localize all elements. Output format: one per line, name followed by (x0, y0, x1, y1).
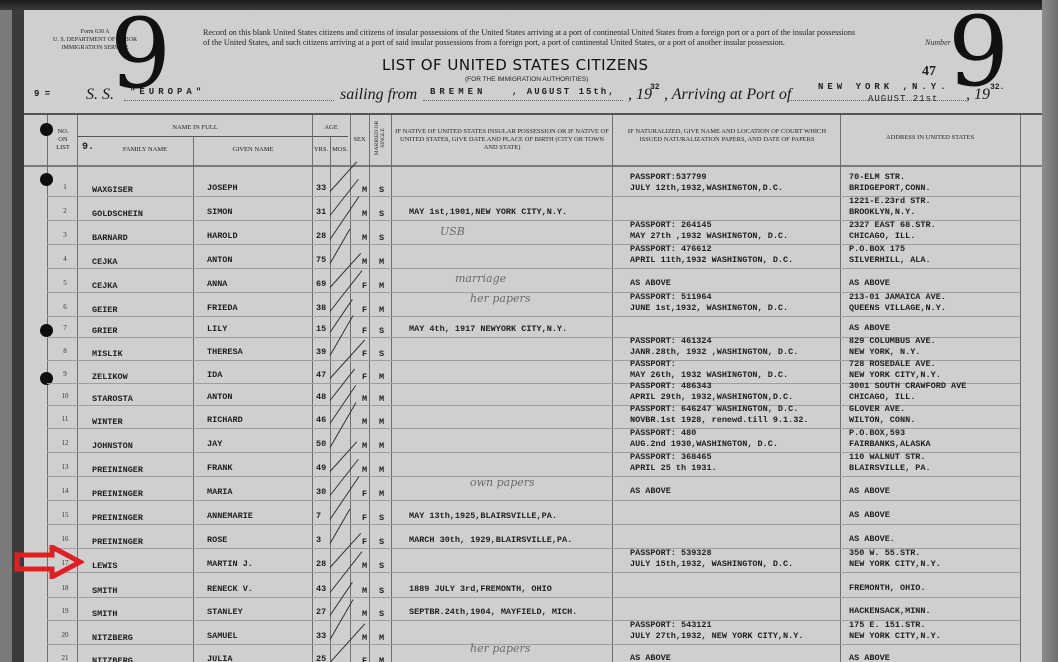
marital-status: S (379, 326, 384, 336)
voyage-prefix: 9 = (34, 89, 50, 99)
address-line: HACKENSACK,MINN. (849, 606, 931, 616)
given-name: MARIA (207, 487, 233, 497)
form-instructions: Record on this blank United States citiz… (203, 28, 863, 48)
marital-status: M (379, 257, 384, 267)
naturalization-line: JULY 15th,1932, WASHINGTON, D.C. (630, 559, 793, 569)
given-name: STANLEY (207, 607, 243, 617)
sex: F (362, 326, 367, 336)
year-label-1: , 19 (628, 86, 652, 104)
sex: F (362, 656, 367, 662)
sex: F (362, 513, 367, 523)
col-line (391, 115, 392, 662)
address-line: BROOKLYN,N.Y. (849, 207, 915, 217)
naturalization-line: AS ABOVE (630, 278, 671, 288)
col-name-in-full: Name in Full (78, 124, 312, 132)
address-line: AS ABOVE. (849, 534, 895, 544)
sex: F (362, 349, 367, 359)
punch-hole (40, 173, 53, 186)
address-line: AS ABOVE (849, 323, 890, 333)
address-line: BLAIRSVILLE, PA. (849, 463, 931, 473)
family-name: WINTER (92, 417, 123, 427)
list-number: 47 (922, 64, 936, 80)
family-name: NITZBERG (92, 633, 133, 643)
arrow-right-icon (14, 545, 84, 579)
given-name: SIMON (207, 207, 233, 217)
family-name: MISLIK (92, 349, 123, 359)
naturalization-line: AUG.2nd 1930,WASHINGTON, D.C. (630, 439, 778, 449)
given-name: ANNA (207, 279, 227, 289)
address-line: AS ABOVE (849, 653, 890, 662)
col-line (47, 115, 48, 662)
col-line (612, 115, 613, 662)
birth-info: MAY 4th, 1917 NEWYORK CITY,N.Y. (409, 324, 567, 334)
row-line (47, 316, 1020, 317)
naturalization-line: PASSPORT: 476612 (630, 244, 712, 254)
address-line: NEW YORK CITY,N.Y. (849, 631, 941, 641)
family-name: PREININGER (92, 489, 143, 499)
row-number: 16 (55, 535, 75, 543)
name-age-divider (78, 136, 348, 137)
departure-date: , AUGUST 15th, (512, 87, 616, 97)
address-line: 3001 SOUTH CRAWFORD AVE (849, 381, 966, 391)
marital-status: S (379, 185, 384, 195)
col-family-name: Family Name (100, 146, 190, 154)
family-name: ZELIKOW (92, 372, 128, 382)
row-number: 12 (55, 439, 75, 447)
naturalization-line: PASSPORT: 646247 WASHINGTON, D.C. (630, 404, 798, 414)
naturalization-line: PASSPORT: 368465 (630, 452, 712, 462)
birth-info: SEPTBR.24th,1904, MAYFIELD, MICH. (409, 607, 577, 617)
page-title: LIST OF UNITED STATES CITIZENS (382, 56, 649, 74)
birth-info: MAY 1st,1901,NEW YORK CITY,N.Y. (409, 207, 567, 217)
row-number: 6 (55, 303, 75, 311)
address-line: P.O.BOX,593 (849, 428, 905, 438)
birth-info: 1889 JULY 3rd,FREMONTH, OHIO (409, 584, 552, 594)
address-line: QUEENS VILLAGE,N.Y. (849, 303, 946, 313)
age-years: 30 (316, 487, 326, 497)
row-number: 11 (55, 415, 75, 423)
sex: M (362, 586, 367, 596)
marital-status: M (379, 656, 384, 662)
row-number: 10 (55, 392, 75, 400)
col-line (1020, 115, 1021, 662)
address-line: SILVERHILL, ALA. (849, 255, 931, 265)
sex: F (362, 489, 367, 499)
col-yrs: Yrs. (312, 146, 330, 154)
marital-status: S (379, 537, 384, 547)
naturalization-line: MAY 26th, 1932 WASHINGTON, D.C. (630, 370, 788, 380)
family-name: PREININGER (92, 465, 143, 475)
given-name: JULIA (207, 654, 233, 662)
row-number: 15 (55, 511, 75, 519)
age-years: 28 (316, 231, 326, 241)
family-name: LEWIS (92, 561, 118, 571)
naturalization-line: PASSPORT: 543121 (630, 620, 712, 630)
birth-info: MARCH 30th, 1929,BLAIRSVILLE,PA. (409, 535, 572, 545)
address-line: FAIRBANKS,ALASKA (849, 439, 931, 449)
col-age: Age (312, 124, 350, 132)
address-line: 2327 EAST 68.STR. (849, 220, 936, 230)
marital-status: M (379, 417, 384, 427)
family-name: SMITH (92, 609, 118, 619)
address-line: CHICAGO, ILL. (849, 231, 915, 241)
address-line: 110 WALNUT STR. (849, 452, 926, 462)
row-line (47, 572, 1020, 573)
sex: M (362, 394, 367, 404)
row-number: 4 (55, 255, 75, 263)
sex: M (362, 233, 367, 243)
col-line (193, 136, 194, 662)
row-number: 8 (55, 347, 75, 355)
naturalization-line: APRIL 29th, 1932,WASHINGTON,D.C. (630, 392, 793, 402)
sex: M (362, 561, 367, 571)
family-name: BARNARD (92, 233, 128, 243)
row-line (47, 644, 1020, 645)
given-name: SAMUEL (207, 631, 238, 641)
address-line: NEW YORK, N.Y. (849, 347, 920, 357)
naturalization-line: PASSPORT: 511964 (630, 292, 712, 302)
family-name: WAXGISER (92, 185, 133, 195)
address-line: NEW YORK CITY,N.Y. (849, 370, 941, 380)
marital-status: M (379, 281, 384, 291)
year-label-2: , 19 (966, 86, 990, 104)
given-name: LILY (207, 324, 227, 334)
col-line (312, 115, 313, 662)
naturalization-line: PASSPORT: 486343 (630, 381, 712, 391)
handwritten-note: her papers (470, 292, 530, 305)
naturalization-line: PASSPORT: 461324 (630, 336, 712, 346)
address-line: AS ABOVE (849, 486, 890, 496)
naturalization-line: JULY 12th,1932,WASHINGTON,D.C. (630, 183, 783, 193)
scan-edge-left (0, 0, 12, 662)
family-name: SMITH (92, 586, 118, 596)
marital-status: S (379, 609, 384, 619)
address-line: 70-ELM STR. (849, 172, 905, 182)
naturalization-line: NOVBR.1st 1928, renewd.till 9.1.32. (630, 415, 809, 425)
marital-status: M (379, 394, 384, 404)
row-number: 3 (55, 231, 75, 239)
col-line (840, 115, 841, 662)
number-label: Number (925, 38, 951, 47)
age-years: 47 (316, 370, 326, 380)
given-name: HAROLD (207, 231, 238, 241)
punch-hole (40, 324, 53, 337)
marital-status: M (379, 633, 384, 643)
age-years: 28 (316, 559, 326, 569)
marital-status: M (379, 372, 384, 382)
sex: M (362, 441, 367, 451)
marital-status: M (379, 489, 384, 499)
age-years: 27 (316, 607, 326, 617)
row-number: 7 (55, 324, 75, 332)
col-address: Address in United States (842, 134, 1018, 142)
row-number: 13 (55, 463, 75, 471)
row-number: 19 (55, 607, 75, 615)
address-line: 175 E. 151.STR. (849, 620, 926, 630)
naturalization-line: JUNE 1st,1932, WASHINGTON, D.C. (630, 303, 788, 313)
handwritten-note: her papers (470, 642, 530, 655)
given-name: FRIEDA (207, 303, 238, 313)
marital-status: S (379, 349, 384, 359)
header-bottom-rule (24, 165, 1042, 167)
row-line (47, 268, 1020, 269)
given-name: ANNEMARIE (207, 511, 253, 521)
address-line: AS ABOVE (849, 510, 890, 520)
age-years: 43 (316, 584, 326, 594)
age-years: 48 (316, 392, 326, 402)
sex: F (362, 372, 367, 382)
naturalization-line: JANR.28th, 1932 ,WASHINGTON, D.C. (630, 347, 798, 357)
age-years: 75 (316, 255, 326, 265)
age-years: 46 (316, 415, 326, 425)
marital-status: S (379, 233, 384, 243)
header-rule (24, 113, 1042, 115)
row-number: 2 (55, 207, 75, 215)
row-line (47, 524, 1020, 525)
arriving-label: , Arriving at Port of (664, 86, 791, 104)
address-line: 1221-E.23rd STR. (849, 196, 931, 206)
sex: M (362, 257, 367, 267)
family-name: GEIER (92, 305, 118, 315)
address-line: 350 W. 55.STR. (849, 548, 920, 558)
arrival-port: NEW YORK ,N.Y. (818, 82, 950, 92)
naturalization-line: AS ABOVE (630, 486, 671, 496)
age-years: 69 (316, 279, 326, 289)
family-prefix: 9. (82, 144, 94, 152)
address-line: 829 COLUMBUS AVE. (849, 336, 936, 346)
marital-status: S (379, 513, 384, 523)
marital-status: S (379, 586, 384, 596)
sailing-label: sailing from (340, 86, 417, 104)
col-given-name: Given Name (194, 146, 312, 154)
naturalization-line: PASSPORT: 264145 (630, 220, 712, 230)
ship-name: "EUROPA" (130, 87, 205, 97)
family-name: PREININGER (92, 513, 143, 523)
row-line (47, 597, 1020, 598)
given-name: JOSEPH (207, 183, 238, 193)
address-line: NEW YORK CITY,N.Y. (849, 559, 941, 569)
naturalization-line: PASSPORT: 480 (630, 428, 696, 438)
sex: M (362, 609, 367, 619)
given-name: ANTON (207, 392, 233, 402)
naturalization-line: AS ABOVE (630, 653, 671, 662)
col-line (369, 115, 370, 662)
given-name: THERESA (207, 347, 243, 357)
age-years: 7 (316, 511, 321, 521)
row-number: 18 (55, 584, 75, 592)
col-married-single: Married or Single (374, 116, 386, 160)
row-number: 21 (55, 654, 75, 662)
marital-status: M (379, 465, 384, 475)
row-number: 1 (55, 183, 75, 191)
family-name: CEJKA (92, 257, 118, 267)
family-name: GRIER (92, 326, 118, 336)
address-line: AS ABOVE (849, 278, 890, 288)
voyage-line: 9 = S. S. "EUROPA" sailing from BREMEN ,… (28, 86, 1038, 106)
address-line: GLOVER AVE. (849, 404, 905, 414)
age-years: 38 (316, 303, 326, 313)
marital-status: M (379, 305, 384, 315)
departure-port: BREMEN (430, 87, 486, 97)
naturalization-line: MAY 27th ,1932 WASHINGTON, D.C. (630, 231, 788, 241)
birth-info: MAY 13th,1925,BLAIRSVILLE,PA. (409, 511, 557, 521)
given-name: IDA (207, 370, 222, 380)
family-name: GOLDSCHEIN (92, 209, 143, 219)
given-name: ANTON (207, 255, 233, 265)
handwritten-note: USB (440, 225, 465, 238)
handwritten-note: own papers (470, 476, 535, 489)
manifest-page: Form 630 A U. S. DEPARTMENT OF LABOR IMM… (0, 0, 1058, 662)
given-name: RICHARD (207, 415, 243, 425)
row-number: 5 (55, 279, 75, 287)
arrival-year: 32. (990, 83, 1004, 92)
given-name: MARTIN J. (207, 559, 253, 569)
sex: F (362, 537, 367, 547)
col-naturalized: If naturalized, give name and location o… (616, 128, 838, 144)
family-name: STAROSTA (92, 394, 133, 404)
naturalization-line: JULY 27th,1932, NEW YORK CITY,N.Y. (630, 631, 803, 641)
age-years: 3 (316, 535, 321, 545)
col-sex: Sex (350, 136, 369, 144)
row-number: 14 (55, 487, 75, 495)
age-years: 50 (316, 439, 326, 449)
sex: F (362, 281, 367, 291)
age-years: 31 (316, 207, 326, 217)
address-line: CHICAGO, ILL. (849, 392, 915, 402)
col-line (77, 115, 78, 662)
sex: M (362, 417, 367, 427)
row-number: 9 (55, 370, 75, 378)
page-subtitle: (FOR THE IMMIGRATION AUTHORITIES) (465, 76, 588, 83)
given-name: RENECK V. (207, 584, 253, 594)
naturalization-line: PASSPORT:537799 (630, 172, 707, 182)
marital-status: S (379, 209, 384, 219)
address-line: P.O.BOX 175 (849, 244, 905, 254)
col-no-on-list: No. on List (52, 128, 74, 152)
punch-hole (40, 123, 53, 136)
given-name: JAY (207, 439, 222, 449)
family-name: CEJKA (92, 281, 118, 291)
address-line: 213-01 JAMAICA AVE. (849, 292, 946, 302)
address-line: WILTON, CONN. (849, 415, 915, 425)
age-years: 25 (316, 654, 326, 662)
row-number: 20 (55, 631, 75, 639)
address-line: FREMONTH, OHIO. (849, 583, 926, 593)
given-name: ROSE (207, 535, 227, 545)
marital-status: M (379, 441, 384, 451)
age-years: 33 (316, 183, 326, 193)
departure-year: 32 (650, 83, 660, 92)
address-line: 728 ROSEDALE AVE. (849, 359, 936, 369)
naturalization-line: APRIL 25 th 1931. (630, 463, 717, 473)
ss-label: S. S. (86, 86, 114, 104)
sex: M (362, 465, 367, 475)
naturalization-line: PASSPORT: (630, 359, 676, 369)
sex: M (362, 209, 367, 219)
family-name: JOHNSTON (92, 441, 133, 451)
given-name: FRANK (207, 463, 233, 473)
row-line (47, 500, 1020, 501)
handwritten-note: marriage (455, 272, 506, 285)
age-years: 15 (316, 324, 326, 334)
address-line: BRIDGEPORT,CONN. (849, 183, 931, 193)
sex: M (362, 633, 367, 643)
scan-edge-right (1042, 0, 1058, 662)
family-name: PREININGER (92, 537, 143, 547)
col-birth: If native of United States insular posse… (394, 128, 610, 152)
naturalization-line: PASSPORT: 539328 (630, 548, 712, 558)
sex: M (362, 185, 367, 195)
arrival-date: AUGUST 21st (868, 94, 938, 104)
sex: F (362, 305, 367, 315)
col-line (350, 115, 351, 662)
marital-status: S (379, 561, 384, 571)
naturalization-line: APRIL 11th,1932 WASHINGTON, D.C. (630, 255, 793, 265)
age-years: 39 (316, 347, 326, 357)
family-name: NITZBERG (92, 656, 133, 662)
age-years: 49 (316, 463, 326, 473)
col-mos: Mos. (330, 146, 350, 154)
age-years: 33 (316, 631, 326, 641)
